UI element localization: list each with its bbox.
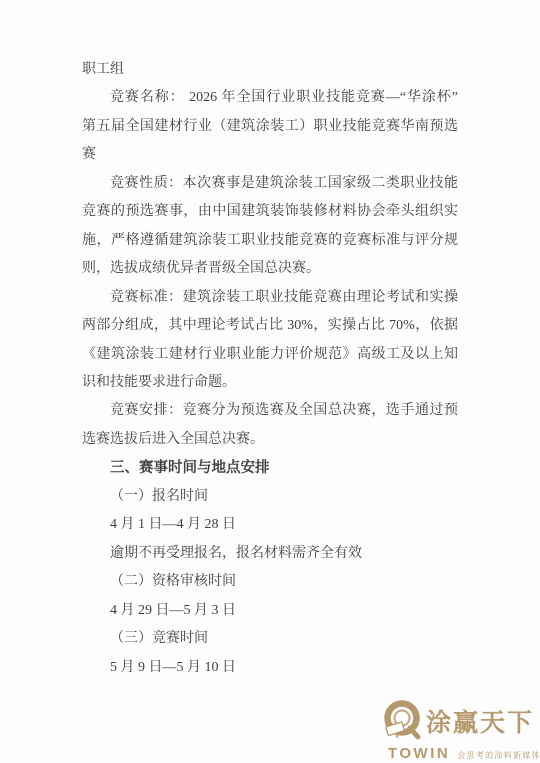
text-line: 竞赛安排：竞赛分为预选赛及全国总决赛，选手通过预 — [82, 397, 458, 425]
watermark-brand-en: TOWIN — [388, 745, 450, 762]
text-line: 职工组 — [82, 56, 458, 84]
text-line: （三）竞赛时间 — [82, 625, 458, 653]
text-line: 4 月 1 日—4 月 28 日 — [82, 511, 458, 539]
text-line: 选赛选拔后进入全国总决赛。 — [82, 426, 458, 454]
text-line: 5 月 9 日—5 月 10 日 — [82, 654, 458, 682]
watermark-sub-row: TOWIN 会思考的涂料新媒体 — [388, 745, 540, 762]
text-line: 竞赛名称： 2026 年全国行业职业技能竞赛—“华涂杯” — [82, 84, 458, 112]
text-line: 逾期不再受理报名，报名材料需齐全有效 — [82, 540, 458, 568]
watermark-tagline: 会思考的涂料新媒体 — [457, 750, 540, 761]
text-line: 施，严格遵循建筑涂装工职业技能竞赛的竞赛标准与评分规 — [82, 227, 458, 255]
text-line: 则，选拔成绩优异者晋级全国总决赛。 — [82, 255, 458, 283]
text-line: 竞赛的预选赛事，由中国建筑装饰装修材料协会牵头组织实 — [82, 198, 458, 226]
text-line: 4 月 29 日—5 月 3 日 — [82, 597, 458, 625]
document-body: 职工组竞赛名称： 2026 年全国行业职业技能竞赛—“华涂杯”第五届全国建材行业… — [82, 56, 458, 682]
text-line: 识和技能要求进行命题。 — [82, 369, 458, 397]
text-line: 竞赛性质：本次赛事是建筑涂装工国家级二类职业技能 — [82, 170, 458, 198]
text-line: 赛 — [82, 141, 458, 169]
watermark-brand-row: 涂赢天下 — [383, 697, 540, 744]
text-line: 第五届全国建材行业（建筑涂装工）职业技能竞赛华南预选 — [82, 113, 458, 141]
watermark-brand-cn: 涂赢天下 — [426, 703, 534, 739]
paint-roller-circle-icon — [383, 697, 423, 744]
text-line: 竞赛标准：建筑涂装工职业技能竞赛由理论考试和实操 — [82, 284, 458, 312]
document-page: 职工组竞赛名称： 2026 年全国行业职业技能竞赛—“华涂杯”第五届全国建材行业… — [0, 0, 540, 763]
towin-watermark: 涂赢天下 TOWIN 会思考的涂料新媒体 — [383, 697, 540, 762]
text-line: （二）资格审核时间 — [82, 568, 458, 596]
section-heading: 三、赛事时间与地点安排 — [82, 454, 458, 482]
text-line: （一）报名时间 — [82, 483, 458, 511]
text-line: 两部分组成，其中理论考试占比 30%，实操占比 70%，依据 — [82, 312, 458, 340]
text-line: 《建筑涂装工建材行业职业能力评价规范》高级工及以上知 — [82, 341, 458, 369]
